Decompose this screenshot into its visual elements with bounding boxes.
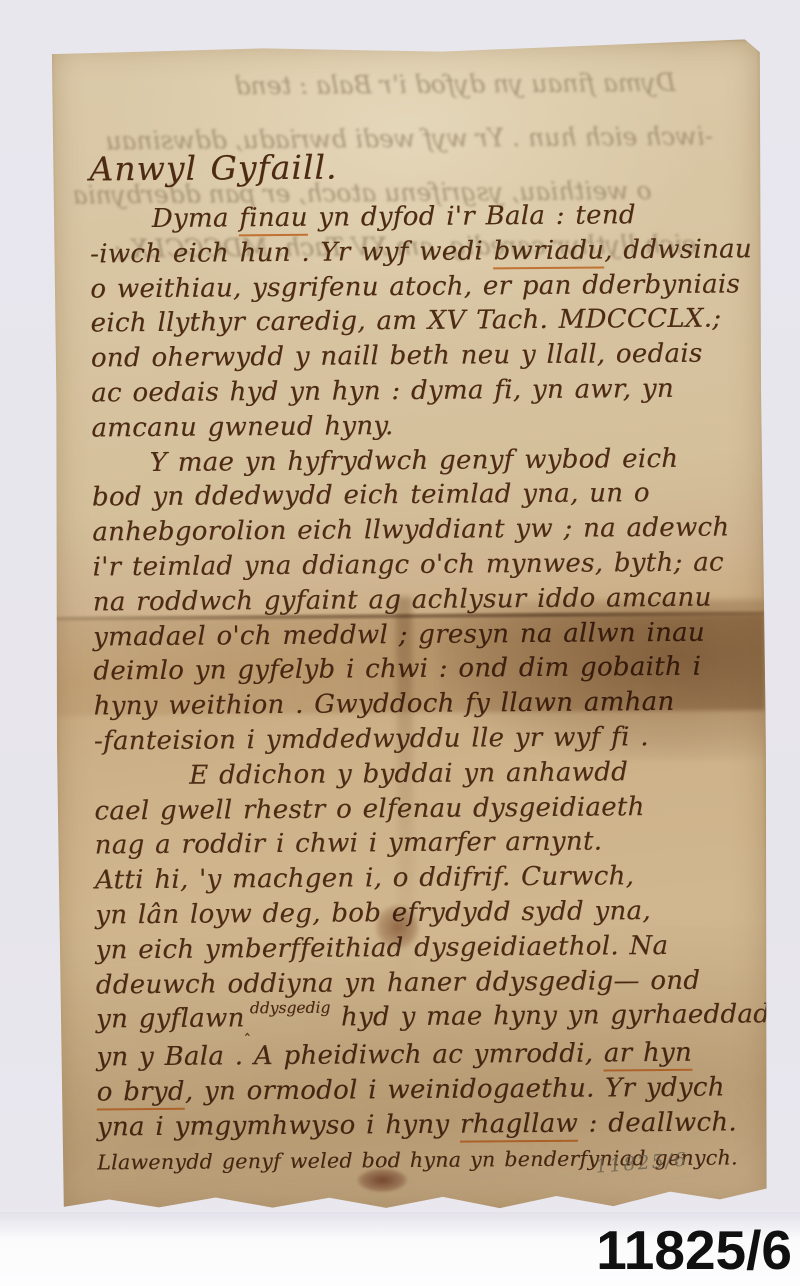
letter-line: ond oherwydd y naill beth neu y llall, o…	[91, 337, 721, 377]
letter-line: o weithiau, ysgrifenu atoch, er pan dder…	[90, 267, 720, 307]
letter-line: amcanu gwneud hyny.	[91, 406, 721, 446]
letter-line: eich llythyr caredig, am XV Tach. MDCCCL…	[90, 302, 720, 342]
letter-line: Y mae yn hyfrydwch genyf wybod eich	[92, 441, 722, 481]
letter-line: -iwch eich hun . Yr wyf wedi bwriadu, dd…	[90, 232, 720, 272]
ink-stain-blob	[375, 904, 419, 950]
photo-canvas: Dyma finau yn dyfod i'r Bala : tend-iwch…	[0, 0, 800, 1286]
catalog-number: 11825/6	[596, 1218, 792, 1282]
underlined-word: finau	[239, 203, 308, 237]
letter-salutation: Anwyl Gyfaill.	[89, 140, 719, 195]
letter-line: Dyma finau yn dyfod i'r Bala : tend	[90, 198, 720, 238]
stain-right	[438, 599, 766, 762]
letter-line: bod yn ddedwydd eich teimlad yna, un o	[92, 476, 722, 516]
letter-line: anhebgorolion eich llwyddiant yw ; na ad…	[92, 511, 722, 551]
underlined-word: bwriadu	[493, 235, 604, 269]
letter-line: i'r teimlad yna ddiangc o'ch mynwes, byt…	[92, 546, 722, 586]
letter-paper: Dyma finau yn dyfod i'r Bala : tend-iwch…	[50, 39, 769, 1213]
letter-line: ac oedais hyd yn hyn : dyma fi, yn awr, …	[91, 372, 721, 412]
